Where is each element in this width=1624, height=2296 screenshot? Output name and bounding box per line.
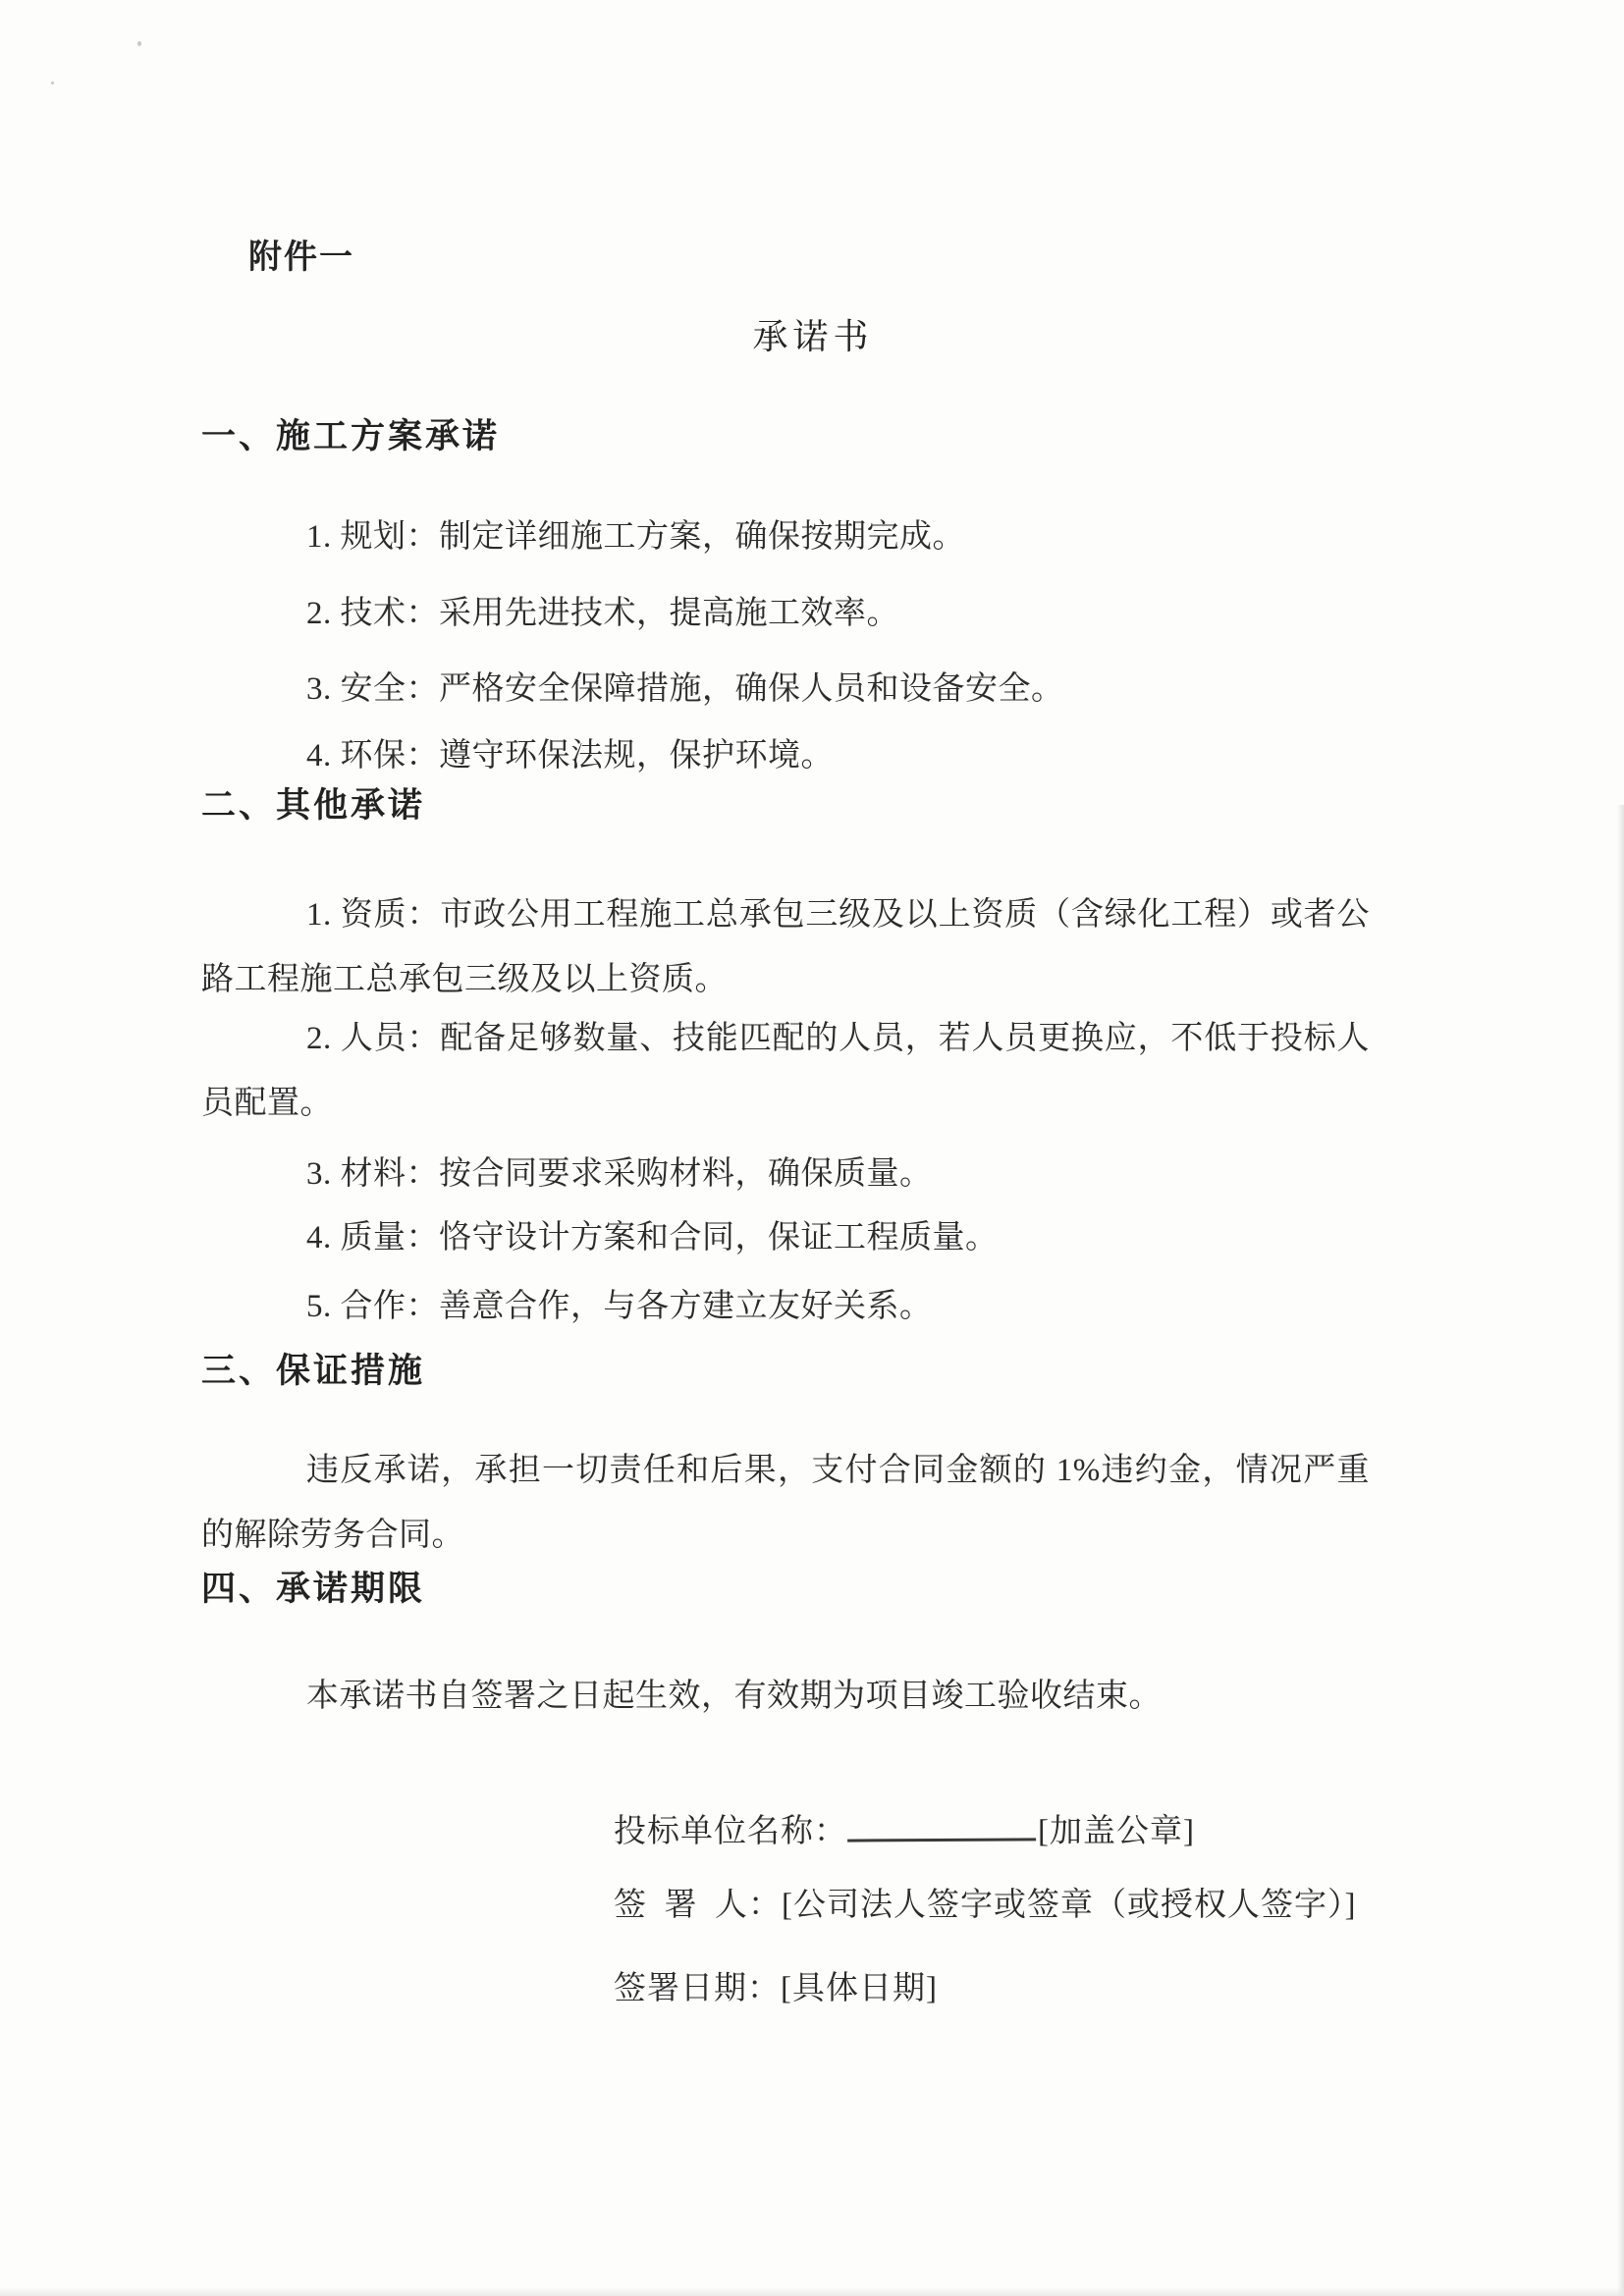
section-1-item-1: 1. 规划：制定详细施工方案，确保按期完成。 (201, 505, 1370, 569)
section-2-item-5: 5. 合作：善意合作，与各方建立友好关系。 (201, 1274, 1370, 1339)
scan-speck (51, 81, 54, 84)
scan-speck (137, 41, 141, 46)
section-2-heading: 二、其他承诺 (201, 781, 1370, 830)
attachment-label: 附件一 (248, 235, 354, 280)
section-2-item-1: 1. 资质：市政公用工程施工总承包三级及以上资质（含绿化工程）或者公路工程施工总… (201, 882, 1370, 1012)
section-2-item-4: 4. 质量：恪守设计方案和合同，保证工程质量。 (201, 1205, 1370, 1270)
page-edge-shadow (0, 2287, 1624, 2296)
sign-date-label: 签署日期： (614, 1971, 781, 2006)
signature-date-line: 签署日期：[具体日期] (614, 1964, 1360, 2013)
section-1-item-3: 3. 安全：严格安全保障措施，确保人员和设备安全。 (201, 657, 1370, 721)
signer-label: 签 署 人： (614, 1888, 782, 1923)
section-1-item-2: 2. 技术：采用先进技术，提高施工效率。 (201, 581, 1370, 646)
scanned-page: 附件一 承诺书 一、施工方案承诺 1. 规划：制定详细施工方案，确保按期完成。 … (0, 0, 1624, 2296)
document-title: 承诺书 (201, 312, 1370, 361)
seal-note: [加盖公章] (1038, 1814, 1195, 1849)
signer-placeholder: [公司法人签字或签章（或授权人签字）] (782, 1888, 1356, 1923)
bidder-name-blank (847, 1800, 1036, 1842)
document-body: 附件一 承诺书 一、施工方案承诺 1. 规划：制定详细施工方案，确保按期完成。 … (201, 0, 1370, 2296)
section-3-heading: 三、保证措施 (201, 1347, 1370, 1396)
section-4-heading: 四、承诺期限 (201, 1565, 1370, 1614)
section-2-item-3: 3. 材料：按合同要求采购材料，确保质量。 (201, 1142, 1370, 1206)
sign-date-placeholder: [具体日期] (781, 1971, 938, 2006)
section-1-item-4: 4. 环保：遵守环保法规，保护环境。 (201, 723, 1370, 788)
signature-signer-line: 签 署 人：[公司法人签字或签章（或授权人签字）] (614, 1881, 1360, 1930)
page-edge-shadow (1617, 805, 1624, 2296)
section-2-item-2: 2. 人员：配备足够数量、技能匹配的人员，若人员更换应，不低于投标人员配置。 (201, 1006, 1370, 1136)
section-4-paragraph: 本承诺书自签署之日起生效，有效期为项目竣工验收结束。 (201, 1664, 1370, 1729)
section-1-heading: 一、施工方案承诺 (201, 412, 1370, 461)
bidder-name-label: 投标单位名称： (614, 1814, 847, 1849)
signature-bidder-line: 投标单位名称：[加盖公章] (614, 1801, 1360, 1856)
section-3-paragraph: 违反承诺，承担一切责任和后果，支付合同金额的 1%违约金，情况严重的解除劳务合同… (201, 1438, 1370, 1568)
